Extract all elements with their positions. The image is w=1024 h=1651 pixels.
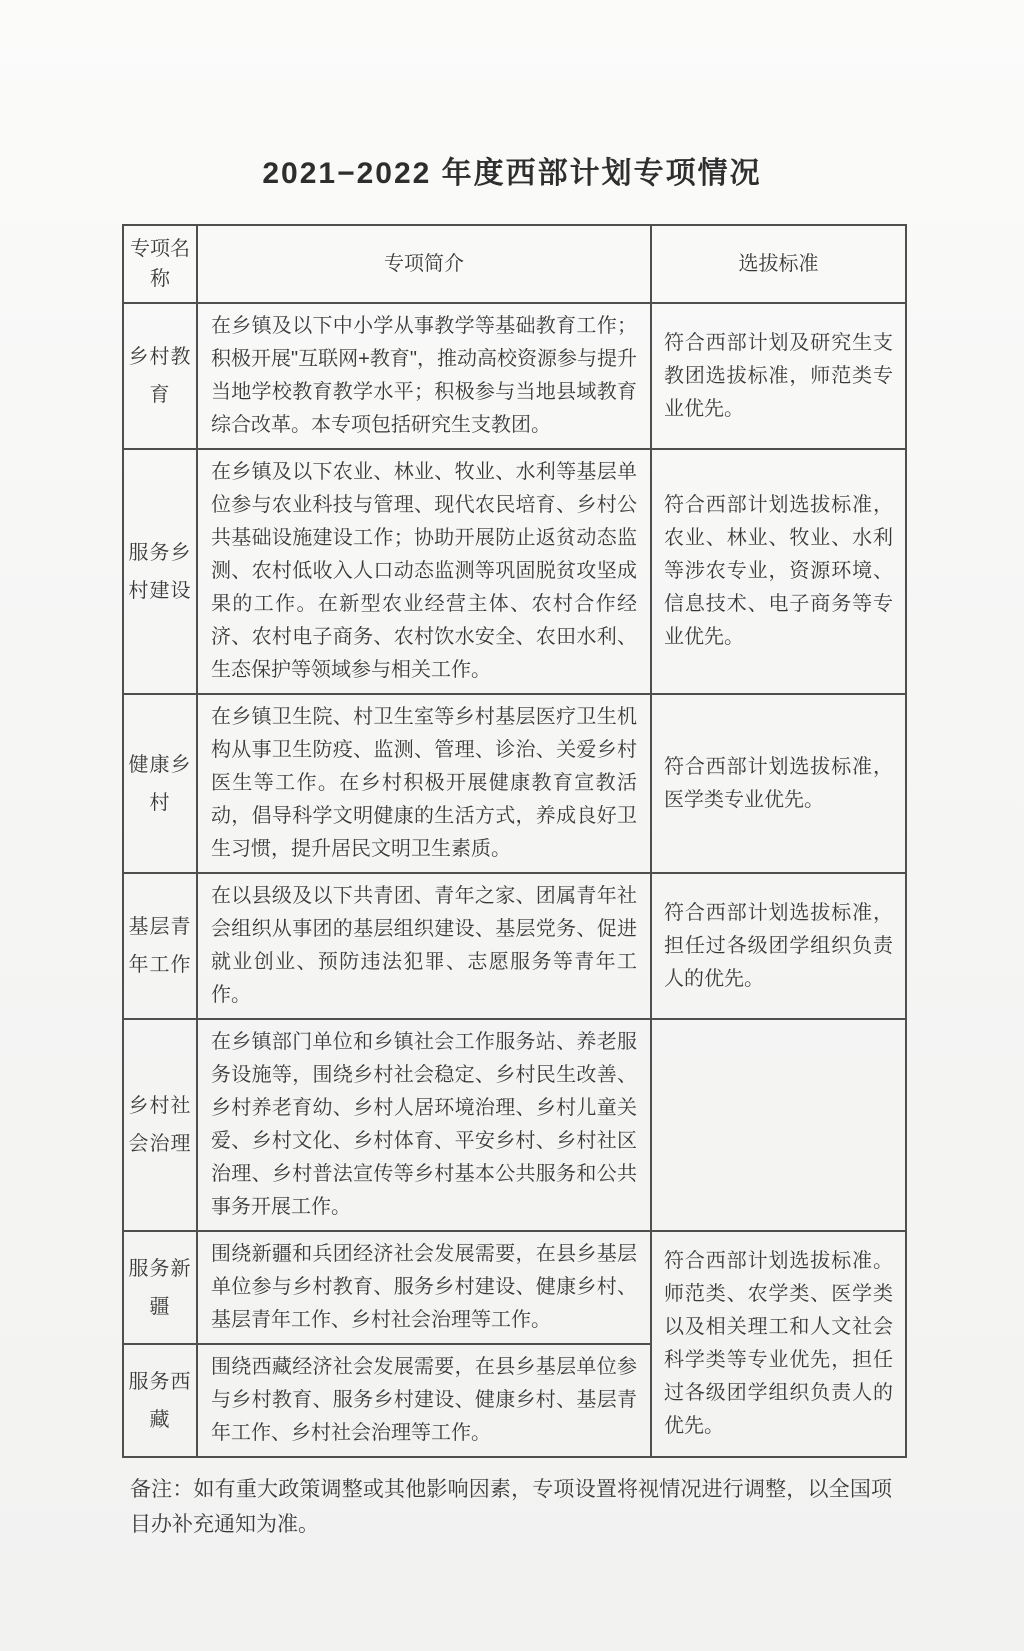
project-name-cell: 基层青年工作: [123, 873, 197, 1019]
project-intro-cell: 在乡镇及以下农业、林业、牧业、水利等基层单位参与农业科技与管理、现代农民培育、乡…: [197, 449, 651, 694]
project-name-cell: 服务乡村建设: [123, 449, 197, 694]
project-criteria-cell-merged: 符合西部计划选拔标准。师范类、农学类、医学类以及相关理工和人文社会科学类等专业优…: [651, 1231, 906, 1457]
project-criteria-cell: 符合西部计划选拔标准，农业、林业、牧业、水利等涉农专业，资源环境、信息技术、电子…: [651, 449, 906, 694]
table-row-rural-social-governance: 乡村社会治理 在乡镇部门单位和乡镇社会工作服务站、养老服务设施等，围绕乡村社会稳…: [123, 1019, 906, 1231]
project-intro-cell: 在乡镇卫生院、村卫生室等乡村基层医疗卫生机构从事卫生防疫、监测、管理、诊治、关爱…: [197, 694, 651, 873]
project-name-cell: 服务新疆: [123, 1231, 197, 1344]
table-header-row: 专项名称 专项简介 选拔标准: [123, 225, 906, 303]
table-row-rural-construction: 服务乡村建设 在乡镇及以下农业、林业、牧业、水利等基层单位参与农业科技与管理、现…: [123, 449, 906, 694]
project-criteria-cell: 符合西部计划选拔标准，担任过各级团学组织负责人的优先。: [651, 873, 906, 1019]
document-page: 2021−2022 年度西部计划专项情况 专项名称 专项简介 选拔标准 乡村教育…: [0, 0, 1024, 1651]
project-intro-cell: 在以县级及以下共青团、青年之家、团属青年社会组织从事团的基层组织建设、基层党务、…: [197, 873, 651, 1019]
page-title: 2021−2022 年度西部计划专项情况: [0, 148, 1024, 192]
header-selection-criteria: 选拔标准: [651, 225, 906, 303]
project-intro-cell: 在乡镇及以下中小学从事教学等基础教育工作；积极开展"互联网+教育"，推动高校资源…: [197, 303, 651, 449]
header-project-intro: 专项简介: [197, 225, 651, 303]
special-projects-table: 专项名称 专项简介 选拔标准 乡村教育 在乡镇及以下中小学从事教学等基础教育工作…: [122, 224, 907, 1458]
project-intro-cell: 围绕新疆和兵团经济社会发展需要，在县乡基层单位参与乡村教育、服务乡村建设、健康乡…: [197, 1231, 651, 1344]
project-intro-cell: 围绕西藏经济社会发展需要，在县乡基层单位参与乡村教育、服务乡村建设、健康乡村、基…: [197, 1344, 651, 1457]
project-name-cell: 乡村教育: [123, 303, 197, 449]
table-row-serve-xinjiang: 服务新疆 围绕新疆和兵团经济社会发展需要，在县乡基层单位参与乡村教育、服务乡村建…: [123, 1231, 906, 1344]
project-name-cell: 健康乡村: [123, 694, 197, 873]
project-name-cell: 服务西藏: [123, 1344, 197, 1457]
project-criteria-cell: 符合西部计划及研究生支教团选拔标准，师范类专业优先。: [651, 303, 906, 449]
table-row-grassroots-youth-work: 基层青年工作 在以县级及以下共青团、青年之家、团属青年社会组织从事团的基层组织建…: [123, 873, 906, 1019]
project-criteria-cell: 符合西部计划选拔标准，医学类专业优先。: [651, 694, 906, 873]
table-row-rural-education: 乡村教育 在乡镇及以下中小学从事教学等基础教育工作；积极开展"互联网+教育"，推…: [123, 303, 906, 449]
footnote: 备注：如有重大政策调整或其他影响因素，专项设置将视情况进行调整，以全国项目办补充…: [130, 1472, 892, 1542]
project-intro-cell: 在乡镇部门单位和乡镇社会工作服务站、养老服务设施等，围绕乡村社会稳定、乡村民生改…: [197, 1019, 651, 1231]
project-name-cell: 乡村社会治理: [123, 1019, 197, 1231]
table-row-healthy-village: 健康乡村 在乡镇卫生院、村卫生室等乡村基层医疗卫生机构从事卫生防疫、监测、管理、…: [123, 694, 906, 873]
header-project-name: 专项名称: [123, 225, 197, 303]
project-criteria-cell: [651, 1019, 906, 1231]
